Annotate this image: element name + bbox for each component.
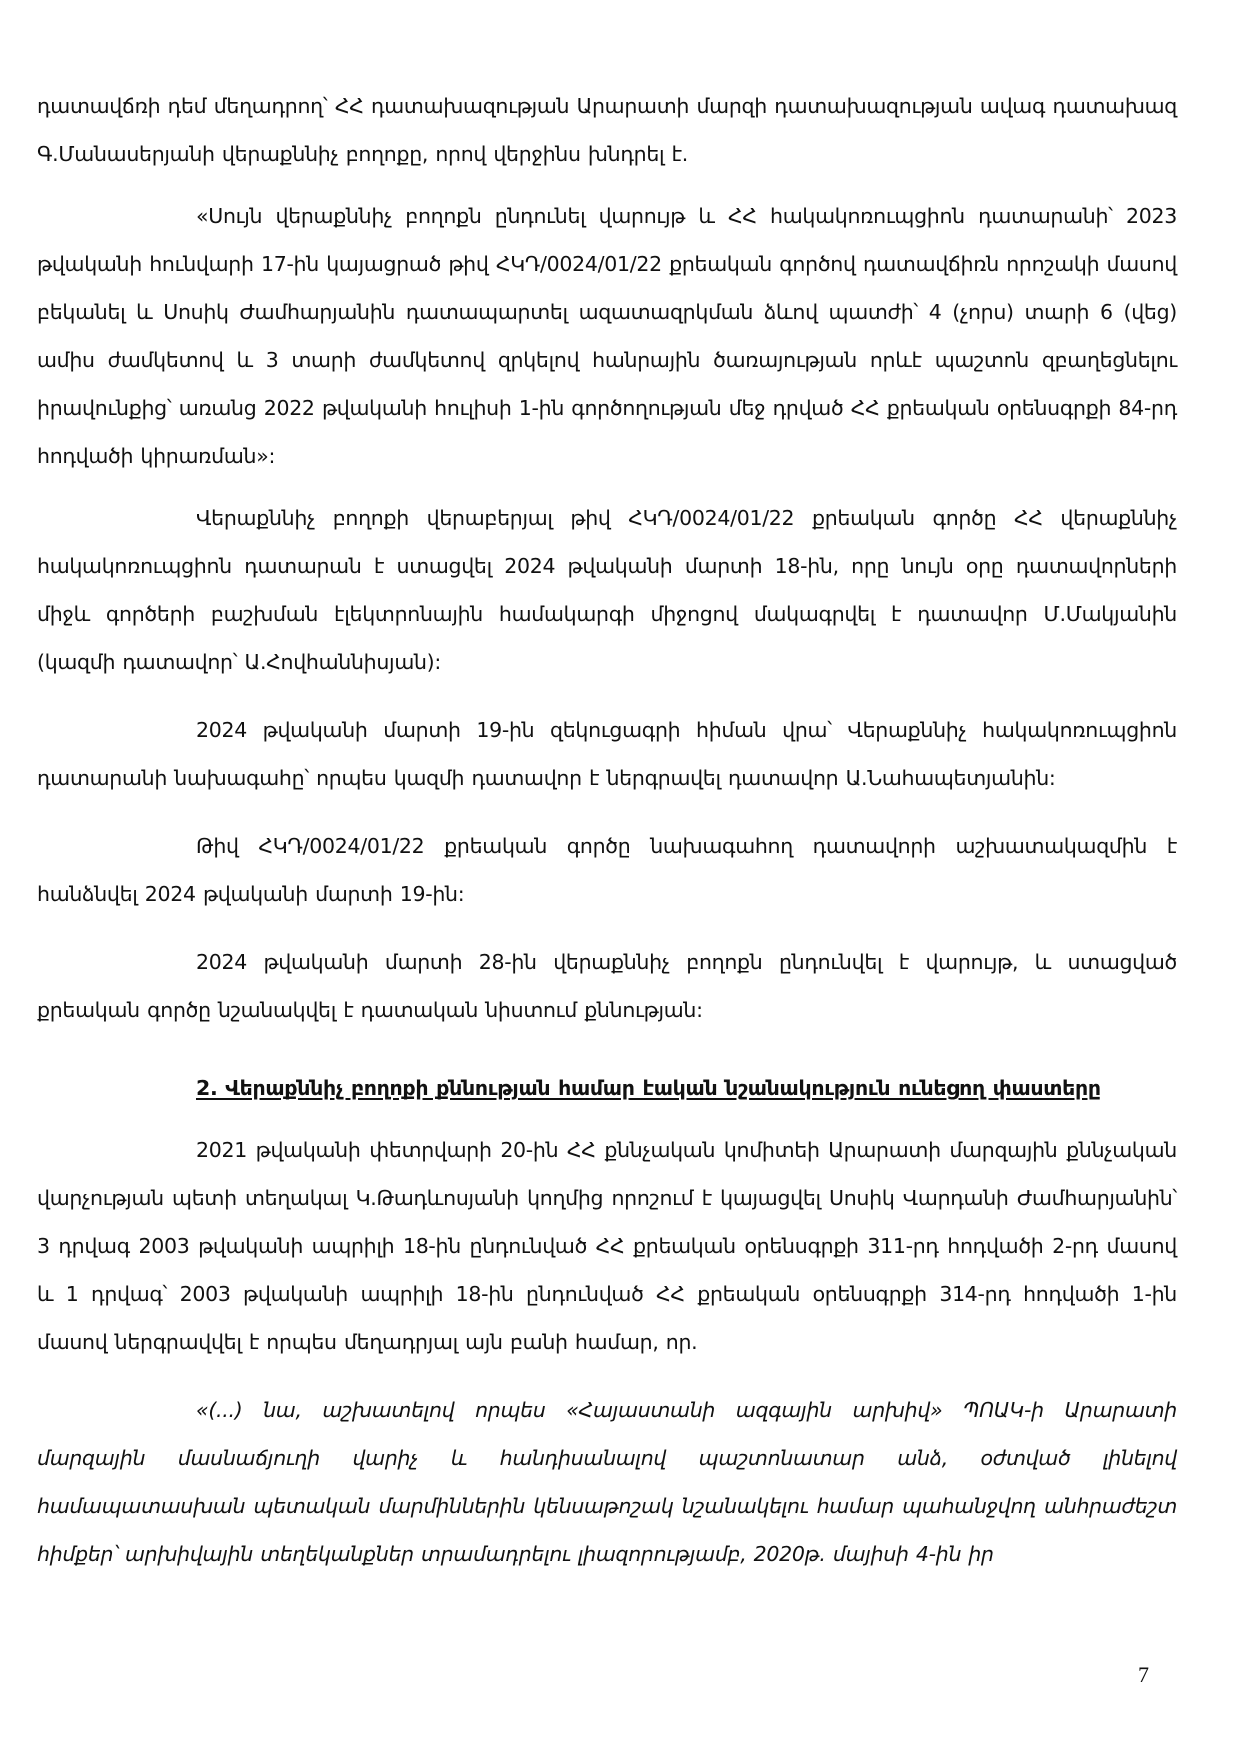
paragraph-appeal-accepted: 2024 թվականի մարտի 28-ին վերաքննիչ բողոք…	[37, 938, 1177, 1034]
paragraph-judge-assigned: 2024 թվականի մարտի 19-ին զեկուցագրի հիմա…	[37, 706, 1177, 802]
paragraph-charges: 2021 թվականի փետրվարի 20-ին ՀՀ քննչական …	[37, 1126, 1177, 1366]
page-number: 7	[1138, 1662, 1149, 1688]
section-heading: 2. Վերաքննիչ բողոքի քննության համար էակա…	[37, 1064, 1177, 1112]
paragraph-case-handed-over: Թիվ ՀԿԴ/0024/01/22 քրեական գործը նախագահ…	[37, 822, 1177, 918]
paragraph-case-received: Վերաքննիչ բողոքի վերաբերյալ թիվ ՀԿԴ/0024…	[37, 494, 1177, 686]
paragraph-charge-quote: «(...) նա, աշխատելով որպես «Հայաստանի ազ…	[37, 1386, 1177, 1578]
paragraph-appeal-intro: դատավճռի դեմ մեղադրող՝ ՀՀ դատախազության …	[37, 82, 1177, 178]
paragraph-appeal-request-quote: «Սույն վերաքննիչ բողոքն ընդունել վարույթ…	[37, 192, 1177, 480]
document-page: դատավճռի դեմ մեղադրող՝ ՀՀ դատախազության …	[37, 82, 1177, 1578]
